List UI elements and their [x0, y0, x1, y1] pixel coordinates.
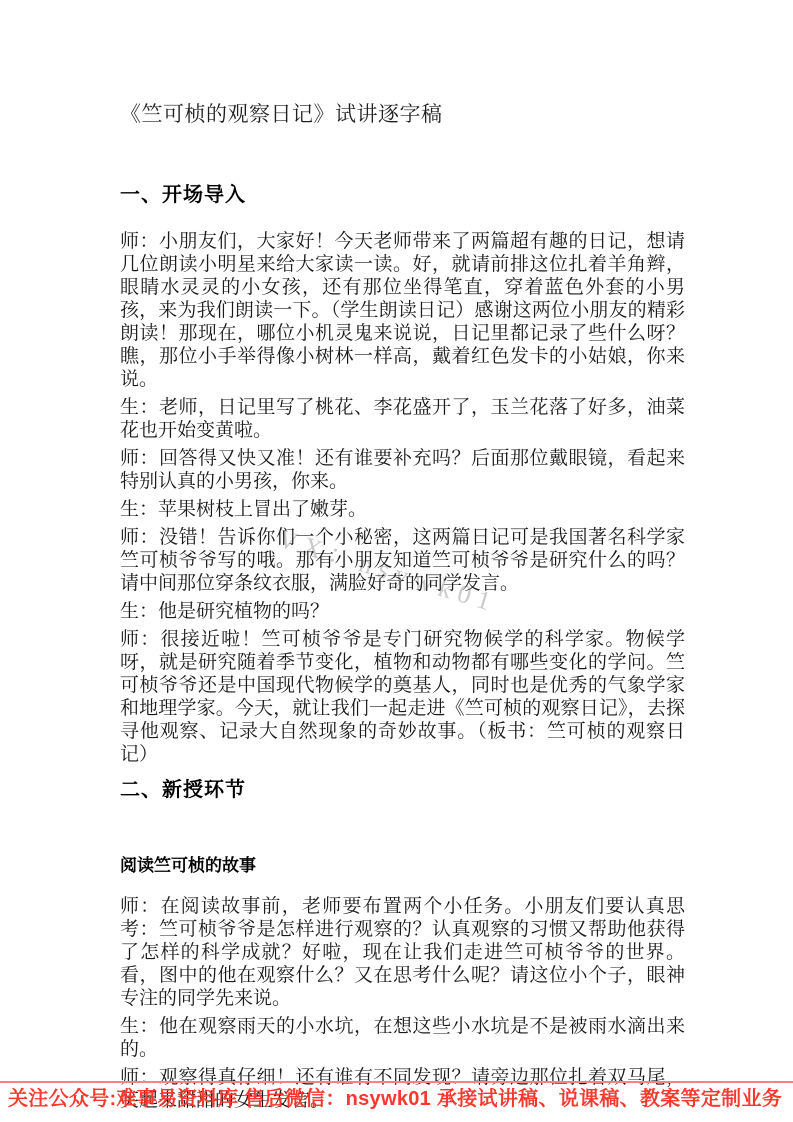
section-heading-opening: 一、开场导入: [120, 183, 685, 208]
teacher-dialogue: 师：没错！告诉你们一个小秘密，这两篇日记可是我国著名科学家竺可桢爷爷写的哦。那有…: [120, 526, 685, 595]
footer-promo-banner: 关注公众号:难事易资料库 售后微信：nsywk01 承接试讲稿、说课稿、教案等定…: [8, 1086, 788, 1112]
teacher-dialogue: 师：很接近啦！竺可桢爷爷是专门研究物候学的科学家。物候学呀，就是研究随着季节变化…: [120, 628, 685, 766]
document-title: 《竺可桢的观察日记》试讲逐字稿: [120, 99, 685, 129]
document-page: VX：nsywk01 《竺可桢的观察日记》试讲逐字稿 一、开场导入 师：小朋友们…: [0, 0, 793, 1122]
teacher-dialogue: 师：小朋友们，大家好！今天老师带来了两篇超有趣的日记，想请几位朗读小明星来给大家…: [120, 230, 685, 391]
section-heading-teaching: 二、新授环节: [120, 778, 685, 803]
document-content: 《竺可桢的观察日记》试讲逐字稿 一、开场导入 师：小朋友们，大家好！今天老师带来…: [0, 0, 793, 1112]
teacher-dialogue: 师：在阅读故事前，老师要布置两个小任务。小朋友们要认真思考：竺可桢爷爷是怎样进行…: [120, 895, 685, 1010]
subsection-heading-reading-story: 阅读竺可桢的故事: [120, 855, 685, 877]
student-dialogue: 生：苹果树枝上冒出了嫩芽。: [120, 498, 685, 521]
student-dialogue: 生：他在观察雨天的小水坑，在想这些小水坑是不是被雨水滴出来的。: [120, 1015, 685, 1061]
student-dialogue: 生：他是研究植物的吗？: [120, 600, 685, 623]
teacher-dialogue: 师：回答得又快又准！还有谁要补充吗？后面那位戴眼镜，看起来特别认真的小男孩，你来…: [120, 447, 685, 493]
footer-divider: [0, 1081, 793, 1083]
student-dialogue: 生：老师，日记里写了桃花、李花盛开了，玉兰花落了好多，油菜花也开始变黄啦。: [120, 396, 685, 442]
